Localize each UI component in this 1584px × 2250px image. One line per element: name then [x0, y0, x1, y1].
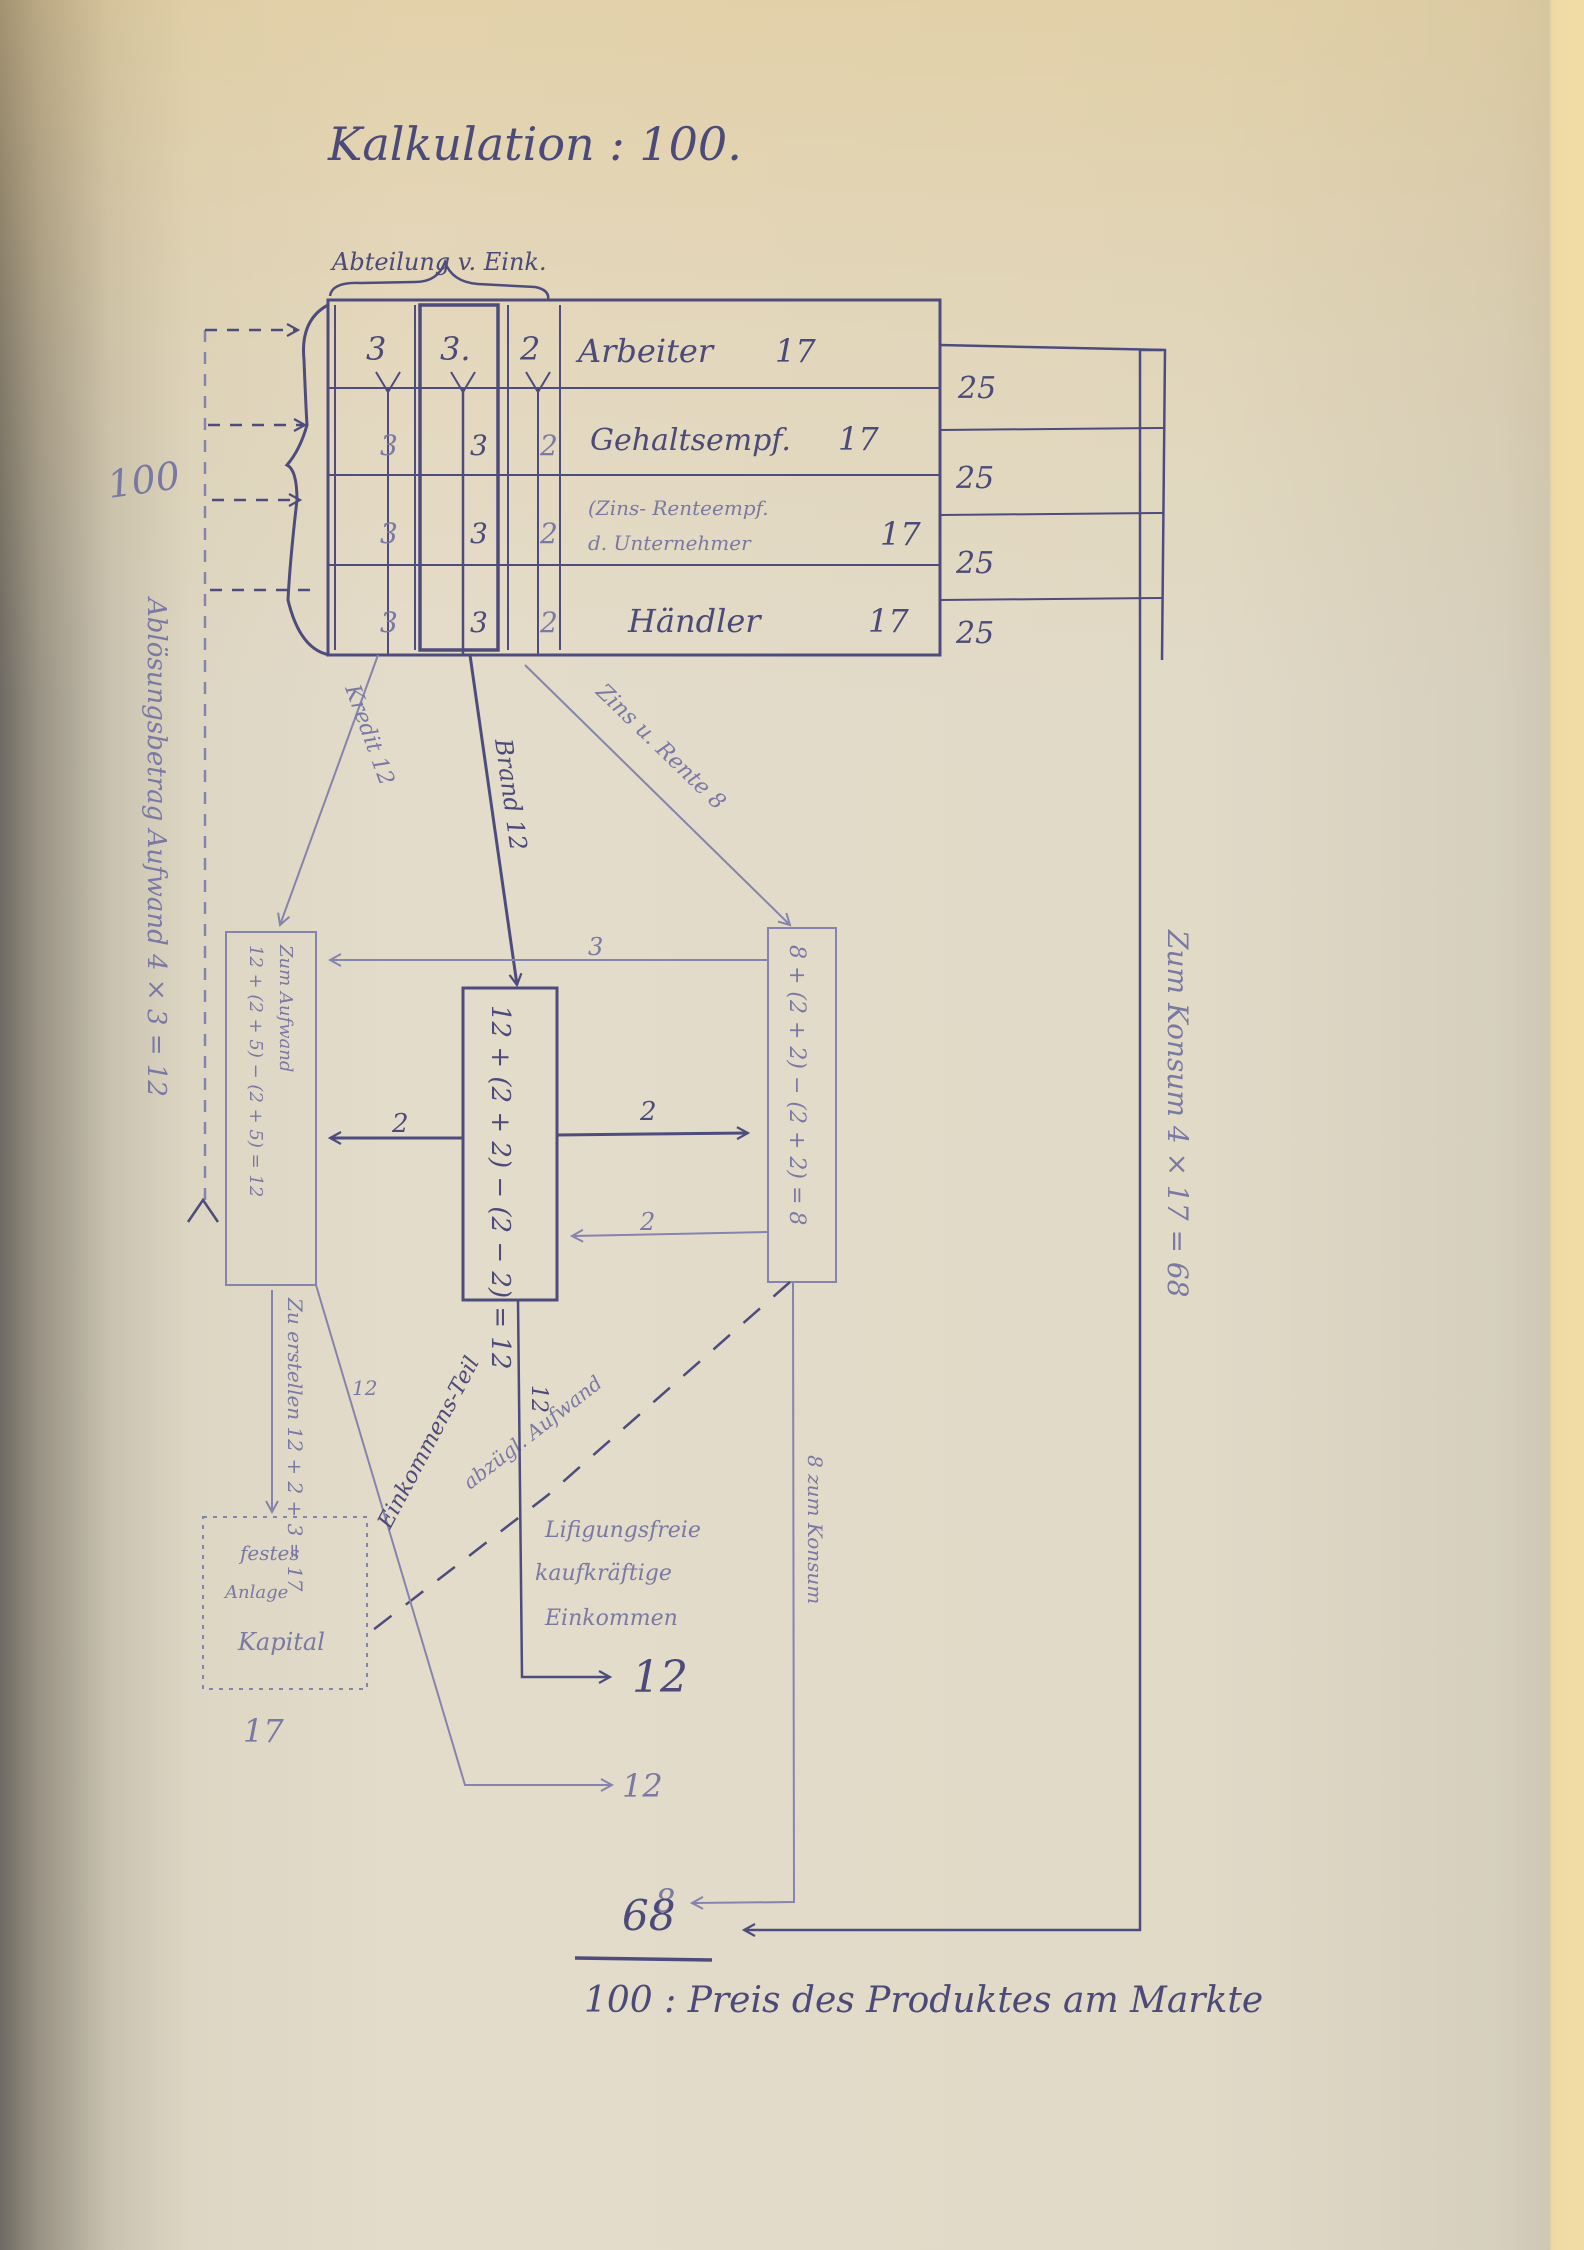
- row-value: 17: [838, 420, 879, 458]
- aufwand-box-line2: 12 + (2 + 5) − (2 + 5) = 12: [245, 945, 266, 1197]
- cell-deduction: 3: [470, 606, 488, 639]
- center-right-arrow: [557, 1133, 748, 1135]
- left-total: 100: [105, 453, 183, 507]
- kaufkraft-text-3: Einkommen: [544, 1606, 678, 1631]
- cell-deduction: 2: [539, 429, 558, 462]
- diag-12-center: 12: [526, 1385, 551, 1413]
- title: Kalkulation : 100.: [327, 117, 742, 171]
- left-brace-icon: [287, 305, 330, 655]
- row-label-gehaltsempf: Gehaltsempf.: [590, 423, 791, 458]
- zins-rente-arrow: [525, 665, 790, 925]
- row-value: 17: [868, 602, 909, 640]
- share-value: 25: [955, 461, 994, 496]
- kapital-box-line1: festes: [238, 1541, 300, 1565]
- col-header-2: 3.: [440, 330, 471, 368]
- sum-68: 68: [622, 1891, 675, 1940]
- kaufkraft-text-2: kaufkräftige: [535, 1561, 672, 1586]
- kredit-label: Kredit 12: [339, 681, 399, 789]
- konsum-label: Zum Konsum 4 × 17 = 68: [1161, 929, 1194, 1297]
- cell-deduction: 3: [380, 517, 398, 550]
- cell-deduction: 3: [470, 517, 488, 550]
- flow-3-label: 3: [588, 933, 603, 961]
- right-box-formula: 8 + (2 + 2) − (2 + 2) = 8: [784, 945, 809, 1225]
- cell-deduction: 3: [470, 429, 488, 462]
- sum-underline: [575, 1958, 712, 1960]
- row-value: 17: [775, 332, 816, 370]
- ablosung-label: Ablösungsbetrag Aufwand 4 × 3 = 12: [141, 596, 171, 1097]
- right-to-center-arrow: [572, 1232, 768, 1236]
- row-value: 17: [880, 515, 921, 553]
- diag-12-left: 12: [352, 1376, 377, 1400]
- col-header-1: 3: [366, 330, 386, 368]
- konsum-8-arrow: [692, 1282, 794, 1903]
- cell-deduction: 3: [380, 606, 398, 639]
- kaufkraft-value: 12: [632, 1652, 688, 1703]
- share-value: 25: [955, 546, 994, 581]
- einkommensteil-label: Einkommens-Teil: [373, 1353, 485, 1534]
- center-box-formula: 12 + (2 + 2) − (2 − 2) = 12: [485, 1005, 515, 1369]
- row-label-arbeiter: Arbeiter: [575, 332, 715, 370]
- zins-rente-label: Zins u. Rente 8: [590, 679, 730, 815]
- row-label-zins-line2: d. Unternehmer: [588, 531, 752, 555]
- share-value: 25: [957, 371, 996, 406]
- left-dashed-arrowhead-icon: [188, 1200, 218, 1222]
- row-label-handler: Händler: [627, 602, 762, 640]
- cell-deduction: 3: [380, 429, 398, 462]
- kapital-value: 17: [243, 1712, 284, 1750]
- kapital-box-line2: Anlage: [223, 1582, 288, 1603]
- cell-deduction: 2: [539, 606, 558, 639]
- aufwand-box: [226, 932, 316, 1285]
- konsum-8-label: 8 zum Konsum: [803, 1455, 827, 1604]
- row-label-zins-line1: (Zins- Renteempf.: [588, 496, 769, 520]
- right-to-center-label: 2: [639, 1208, 655, 1236]
- share-value: 25: [955, 616, 994, 651]
- calculation-diagram: Kalkulation : 100. Abteilung v. Eink. 3 …: [0, 0, 1584, 2250]
- aufwand-box-line1: Zum Aufwand: [275, 944, 296, 1072]
- footer-text: 100 : Preis des Produktes am Markte: [584, 1980, 1263, 2021]
- lower-12: 12: [622, 1767, 663, 1805]
- center-left-label: 2: [391, 1109, 409, 1139]
- cell-deduction: 2: [539, 517, 558, 550]
- kaufkraft-text-1: Lifigungsfreie: [544, 1518, 701, 1543]
- col-header-3: 2: [519, 330, 540, 368]
- center-right-label: 2: [639, 1097, 657, 1127]
- kapital-box-line3: Kapital: [237, 1628, 325, 1656]
